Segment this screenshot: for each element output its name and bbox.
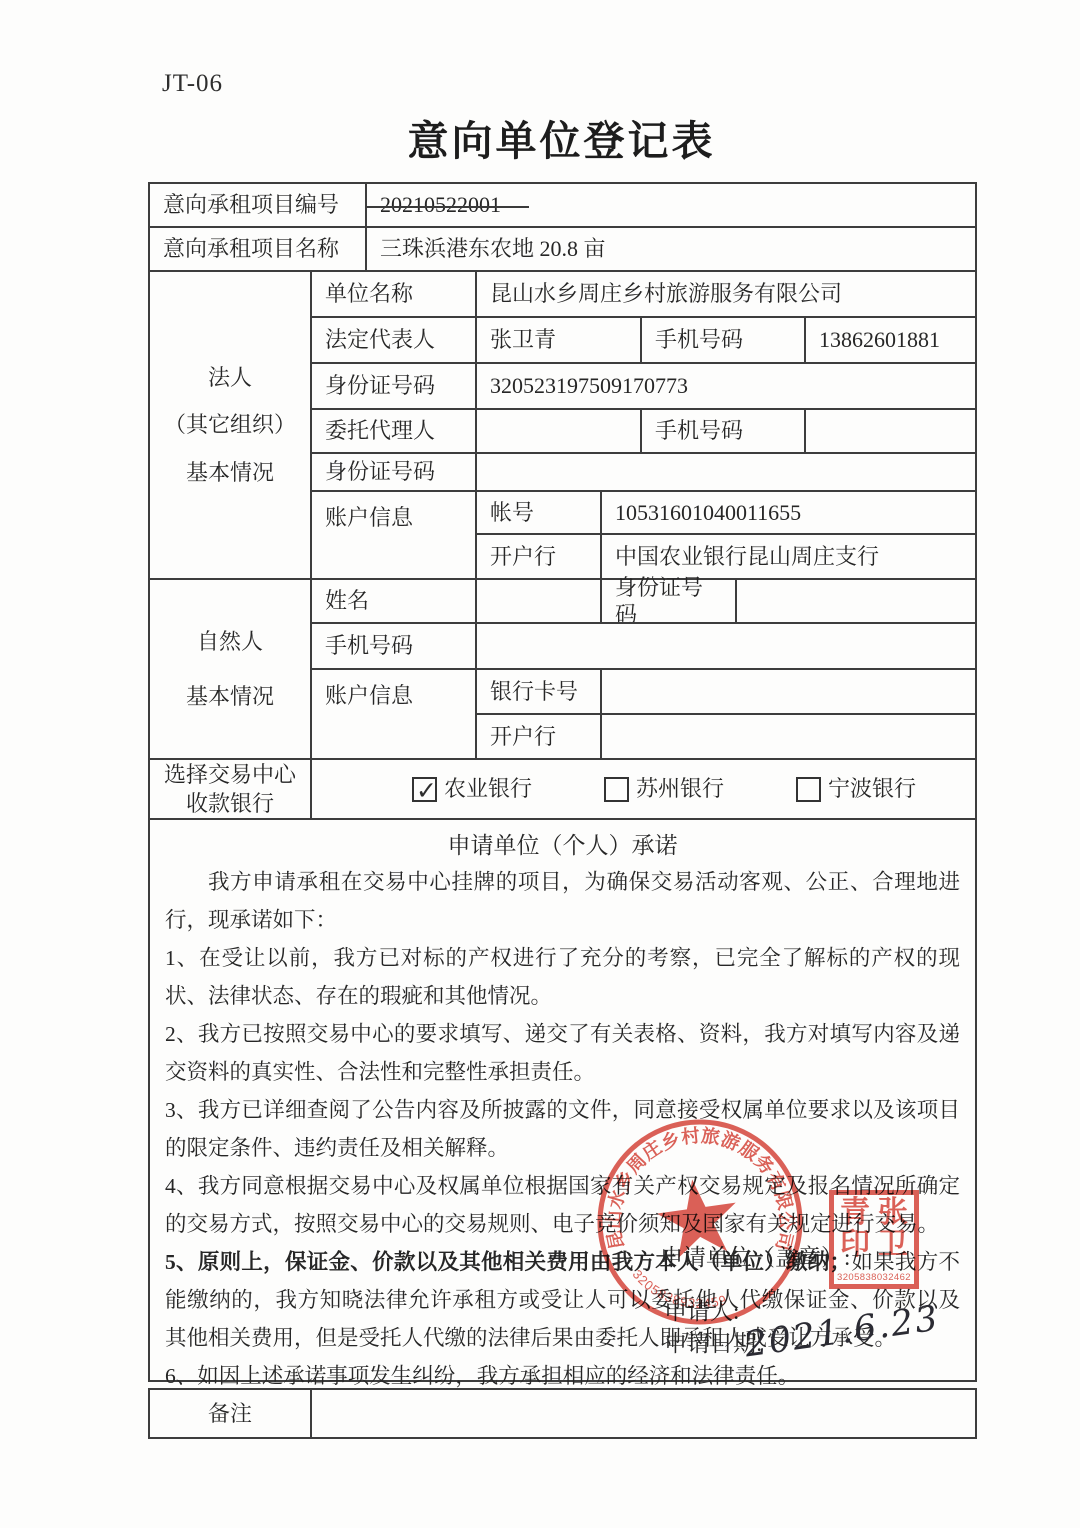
legal-rep-value: 张卫青 <box>475 316 642 364</box>
agent-id-label: 身份证号码 <box>310 452 477 492</box>
round-seal-star-icon <box>653 1174 743 1260</box>
legal-bank-label: 开户行 <box>475 533 602 580</box>
bank-option-suzhou: 苏州银行 <box>604 775 724 803</box>
card-no-label: 银行卡号 <box>475 668 602 715</box>
legal-account-label: 账户信息 <box>310 490 477 580</box>
checkbox-abc <box>412 777 437 802</box>
natural-id-value-empty <box>735 578 977 624</box>
bank-select-options: 农业银行 苏州银行 宁波银行 <box>310 758 977 820</box>
project-number-value: 20210522001 <box>380 191 501 219</box>
form-code: JT-06 <box>162 70 223 98</box>
project-name-label: 意向承租项目名称 <box>148 226 367 272</box>
page-title: 意向单位登记表 <box>148 108 975 167</box>
legal-section-line2: （其它组织） <box>164 411 296 439</box>
natural-section-line1: 自然人 <box>197 628 263 656</box>
bank-select-label: 选择交易中心 收款银行 <box>148 758 312 820</box>
natural-section-line2: 基本情况 <box>186 683 274 711</box>
remark-label: 备注 <box>148 1388 312 1439</box>
pledge-item-3: 3、我方已详细查阅了公告内容及所披露的文件，同意接受权属单位要求以及该项目的限定… <box>165 1091 960 1167</box>
natural-bank-value-empty <box>600 713 977 760</box>
remark-value-empty <box>310 1388 977 1439</box>
rep-phone-value: 13862601881 <box>804 316 977 364</box>
legal-id-label: 身份证号码 <box>310 362 477 410</box>
natural-section-header: 自然人 基本情况 <box>148 578 312 760</box>
project-number-cell: 20210522001 <box>365 182 977 228</box>
pledge-intro: 我方申请承租在交易中心挂牌的项目，为确保交易活动客观、公正、合理地进行，现承诺如… <box>165 863 960 939</box>
natural-phone-label: 手机号码 <box>310 622 477 670</box>
natural-name-value-empty <box>475 578 602 624</box>
bank-select-label-line2: 收款银行 <box>186 790 274 818</box>
natural-account-label: 账户信息 <box>310 668 477 760</box>
rep-phone-label: 手机号码 <box>640 316 806 364</box>
square-seal-char-br: 卫 <box>874 1229 912 1261</box>
legal-rep-label: 法定代表人 <box>310 316 477 364</box>
natural-bank-label: 开户行 <box>475 713 602 760</box>
bank-select-label-line1: 选择交易中心 <box>164 761 296 789</box>
bank-option-abc-label: 农业银行 <box>444 775 532 803</box>
square-seal-char-tl: 青 <box>836 1197 874 1229</box>
round-company-seal: 昆山水乡周庄乡村旅游服务有限公司 3205838932459 <box>595 1117 805 1327</box>
square-seal-char-tr: 张 <box>874 1197 912 1229</box>
account-no-label: 帐号 <box>475 490 602 535</box>
pledge-section: 申请单位（个人）承诺 我方申请承租在交易中心挂牌的项目，为确保交易活动客观、公正… <box>148 818 977 1382</box>
bank-option-abc: 农业银行 <box>412 775 532 803</box>
bank-option-suzhou-label: 苏州银行 <box>636 775 724 803</box>
square-seal-char-bl: 印 <box>836 1229 874 1261</box>
checkbox-suzhou <box>604 777 629 802</box>
natural-name-label: 姓名 <box>310 578 477 624</box>
project-number-label: 意向承租项目编号 <box>148 182 367 228</box>
pledge-item-1: 1、在受让以前，我方已对标的产权进行了充分的考察，已完全了解标的产权的现状、法律… <box>165 939 960 1015</box>
legal-id-value: 320523197509170773 <box>475 362 977 410</box>
natural-phone-value-empty <box>475 622 977 670</box>
unit-name-value: 昆山水乡周庄乡村旅游服务有限公司 <box>475 270 977 318</box>
legal-section-header: 法人 （其它组织） 基本情况 <box>148 270 312 580</box>
unit-name-label: 单位名称 <box>310 270 477 318</box>
bank-option-ningbo-label: 宁波银行 <box>828 775 916 803</box>
agent-label: 委托代理人 <box>310 408 477 454</box>
checkbox-ningbo <box>796 777 821 802</box>
agent-value-empty <box>475 408 642 454</box>
account-no-value: 10531601040011655 <box>600 490 977 535</box>
legal-section-line3: 基本情况 <box>186 459 274 487</box>
pledge-item-2: 2、我方已按照交易中心的要求填写、递交了有关表格、资料，我方对填写内容及递交资料… <box>165 1015 960 1091</box>
agent-phone-label: 手机号码 <box>640 408 806 454</box>
card-no-value-empty <box>600 668 977 715</box>
pledge-title: 申请单位（个人）承诺 <box>165 832 960 861</box>
square-seal-number: 3205838032462 <box>836 1272 912 1283</box>
agent-id-value-empty <box>475 452 977 492</box>
square-seal-chars: 青 张 印 卫 <box>836 1197 912 1261</box>
agent-phone-value-empty <box>804 408 977 454</box>
bank-option-ningbo: 宁波银行 <box>796 775 916 803</box>
natural-id-label: 身份证号码 <box>600 578 737 624</box>
square-name-seal: 青 张 印 卫 3205838032462 <box>829 1190 919 1289</box>
legal-section-line1: 法人 <box>208 364 252 392</box>
project-name-value: 三珠浜港东农地 20.8 亩 <box>365 226 977 272</box>
